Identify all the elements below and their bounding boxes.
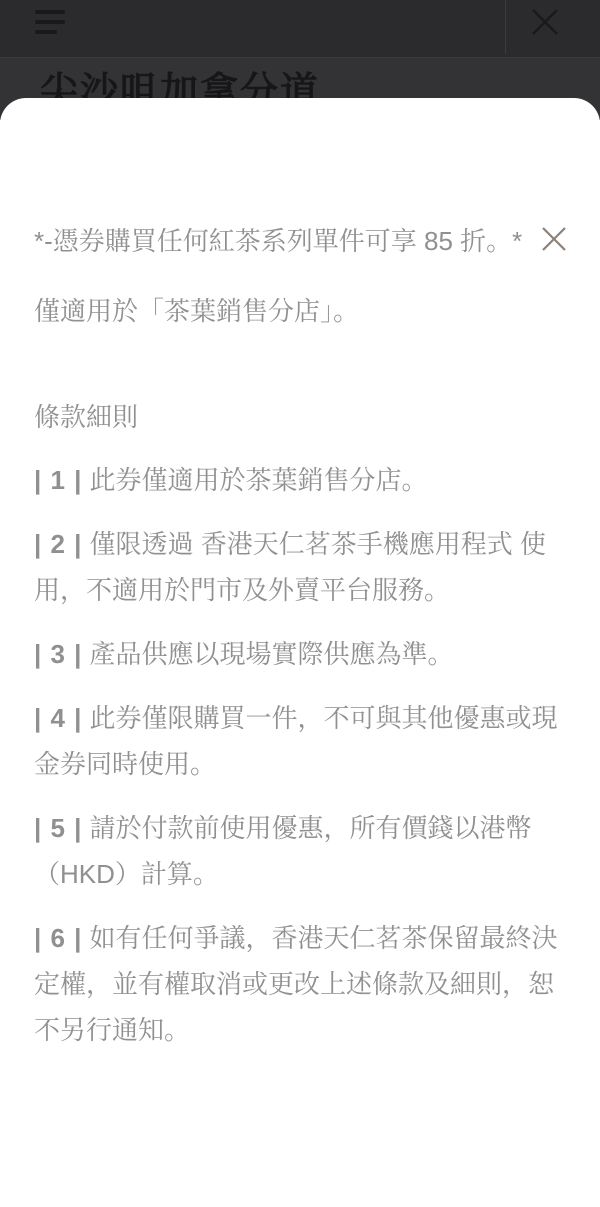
term-text: 如有任何爭議，香港天仁茗茶保留最終決定權，並有權取消或更改上述條款及細則，恕不另…: [34, 923, 557, 1045]
modal-close-icon[interactable]: [540, 225, 568, 253]
app-header: [0, 0, 600, 58]
term-number: | 6 |: [34, 923, 82, 953]
term-text: 僅限透過 香港天仁茗茶手機應用程式 使用，不適用於門市及外賣平台服務。: [34, 529, 546, 605]
term-text: 產品供應以現場實際供應為準。: [89, 639, 453, 669]
term-item: | 6 |如有任何爭議，香港天仁茗茶保留最終決定權，並有權取消或更改上述條款及細…: [34, 915, 570, 1053]
hamburger-bar: [35, 20, 65, 24]
term-item: | 5 |請於付款前使用優惠，所有價錢以港幣（HKD）計算。: [34, 805, 570, 897]
header-divider: [505, 0, 506, 54]
hamburger-bar: [35, 30, 57, 34]
term-item: | 2 |僅限透過 香港天仁茗茶手機應用程式 使用，不適用於門市及外賣平台服務。: [34, 521, 570, 613]
term-item: | 3 |產品供應以現場實際供應為準。: [34, 631, 570, 677]
terms-list: | 1 |此券僅適用於茶葉銷售分店。 | 2 |僅限透過 香港天仁茗茶手機應用程…: [34, 457, 570, 1053]
term-item: | 1 |此券僅適用於茶葉銷售分店。: [34, 457, 570, 503]
term-number: | 3 |: [34, 639, 82, 669]
term-item: | 4 |此券僅限購買一件，不可與其他優惠或現金券同時使用。: [34, 695, 570, 787]
term-text: 此券僅適用於茶葉銷售分店。: [89, 465, 427, 495]
hamburger-bar: [35, 10, 65, 14]
term-number: | 4 |: [34, 703, 82, 733]
header-close-icon[interactable]: [529, 6, 561, 38]
term-text: 此券僅限購買一件，不可與其他優惠或現金券同時使用。: [34, 703, 557, 779]
term-text: 請於付款前使用優惠，所有價錢以港幣（HKD）計算。: [34, 813, 531, 889]
terms-content: *-憑券購買任何紅茶系列單件可享 85 折。* 僅適用於「茶葉銷售分店」。 條款…: [0, 98, 600, 1053]
offer-scope: 僅適用於「茶葉銷售分店」。: [34, 288, 570, 334]
term-number: | 2 |: [34, 529, 82, 559]
terms-modal: *-憑券購買任何紅茶系列單件可享 85 折。* 僅適用於「茶葉銷售分店」。 條款…: [0, 98, 600, 1207]
term-number: | 1 |: [34, 465, 82, 495]
hamburger-menu-icon[interactable]: [35, 9, 65, 37]
term-number: | 5 |: [34, 813, 82, 843]
terms-heading: 條款細則: [34, 394, 570, 440]
offer-description: *-憑券購買任何紅茶系列單件可享 85 折。*: [34, 218, 570, 264]
